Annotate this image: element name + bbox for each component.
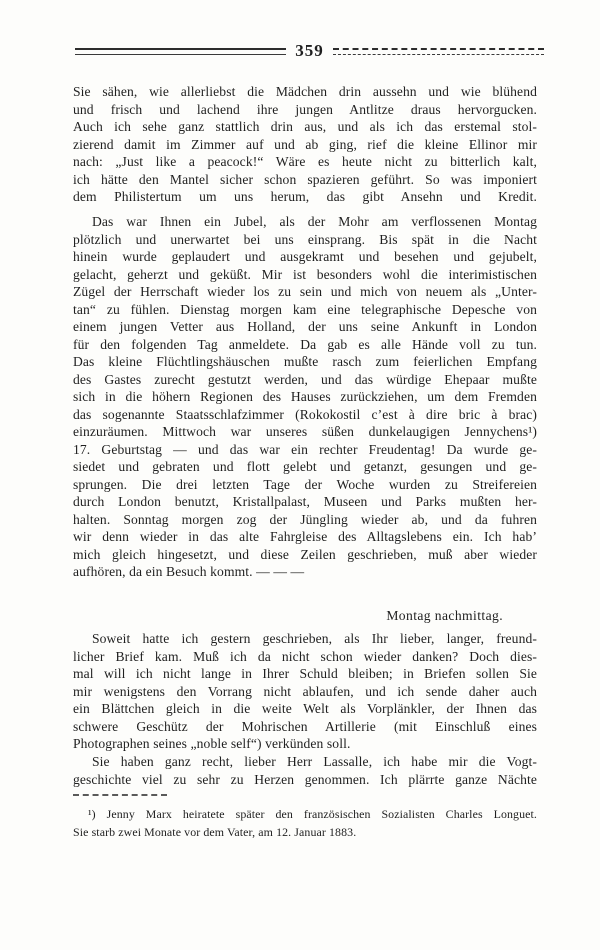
text-line: Sie haben ganz recht, lieber Herr Lassal… xyxy=(73,753,537,771)
text-line: einem jungen Vetter aus Holland, der uns… xyxy=(73,318,537,336)
text-line: Das war Ihnen ein Jubel, als der Mohr am… xyxy=(73,213,537,231)
page-number: 359 xyxy=(295,42,324,59)
text-line: nach: „Just like a peacock!“ Wäre es heu… xyxy=(73,153,537,171)
running-head: 359 xyxy=(75,43,544,60)
text-line: ein Blättchen gleich in die weite Welt a… xyxy=(73,700,537,718)
text-line: hinein wurde geplaudert und ausgekramt u… xyxy=(73,248,537,266)
text-line: schwere Geschütz der Mohrischen Artiller… xyxy=(73,718,537,736)
text-line: licher Brief kam. Muß ich da nicht schon… xyxy=(73,648,537,666)
text-line: sich in die höhern Regionen des Hauses z… xyxy=(73,388,537,406)
text-line: plötzlich und unerwartet bei uns einspra… xyxy=(73,231,537,249)
text-line: halten. Sonntag morgen zog der Jüngling … xyxy=(73,511,537,529)
paragraph-4: Sie haben ganz recht, lieber Herr Lassal… xyxy=(73,753,537,788)
text-line: 17. Geburtstag — und das war ein rechter… xyxy=(73,441,537,459)
text-line: wir denn wieder in das alte Fahrgleise d… xyxy=(73,528,537,546)
text-line: einzuräumen. Mittwoch war unseres süßen … xyxy=(73,423,537,441)
text-line: siedet und gebraten und flott gelebt und… xyxy=(73,458,537,476)
text-line: durch London benutzt, Kristallpalast, Mu… xyxy=(73,493,537,511)
book-page-scan: 359 Sie sähen, wie allerliebst die Mädch… xyxy=(0,0,600,950)
text-line: tan“ zu fühlen. Dienstag morgen kam eine… xyxy=(73,301,537,319)
footnote-line: Sie starb zwei Monate vor dem Vater, am … xyxy=(73,823,537,841)
footnote: ¹) Jenny Marx heiratete später den franz… xyxy=(73,805,537,841)
text-line: und frisch und lachend ihre jungen Antli… xyxy=(73,101,537,119)
text-line: Zügel der Herrschaft wieder los zu sein … xyxy=(73,283,537,301)
text-line: für den folgenden Tag anmeldete. Da gab … xyxy=(73,336,537,354)
text-line: mal will ich nicht lange in Ihrer Schuld… xyxy=(73,665,537,683)
text-line: mich gleich hingesetzt, und diese Zeilen… xyxy=(73,546,537,564)
text-line: Photographen seines „noble self“) verkün… xyxy=(73,735,537,753)
text-line: zierend damit im Zimmer auf und ab ging,… xyxy=(73,136,537,154)
text-line: sprungen. Die drei letzten Tage der Woch… xyxy=(73,476,537,494)
dateline: Montag nachmittag. xyxy=(73,607,503,625)
paragraph-3: Soweit hatte ich gestern geschrieben, al… xyxy=(73,630,537,753)
text-line: des Gastes zurecht gestutzt werden, und … xyxy=(73,371,537,389)
text-line: ich hätte den Mantel sicher schon spazie… xyxy=(73,171,537,189)
text-line: mir wenigstens den Vorrang nicht ablaufe… xyxy=(73,683,537,701)
text-line: geschichte viel zu sehr zu Herzen genomm… xyxy=(73,771,537,789)
paragraph-2: Das war Ihnen ein Jubel, als der Mohr am… xyxy=(73,213,537,581)
text-line: Das kleine Flüchtlingshäuschen mußte ras… xyxy=(73,353,537,371)
text-line: Auch ich sehe ganz stattlich drin aus, u… xyxy=(73,118,537,136)
text-line: das sogenannte Staatsschlafzimmer (Rokok… xyxy=(73,406,537,424)
header-rule-left xyxy=(75,48,286,55)
text-line: dem Philistertum um uns herum, das gibt … xyxy=(73,188,537,206)
text-line: Sie sähen, wie allerliebst die Mädchen d… xyxy=(73,83,537,101)
paragraph-1: Sie sähen, wie allerliebst die Mädchen d… xyxy=(73,83,537,206)
header-rule-right xyxy=(333,48,544,55)
footnote-line: ¹) Jenny Marx heiratete später den franz… xyxy=(73,805,537,823)
footnote-separator xyxy=(73,794,167,796)
text-line: Soweit hatte ich gestern geschrieben, al… xyxy=(73,630,537,648)
text-line: aufhören, da ein Besuch kommt. — — — xyxy=(73,563,537,581)
text-line: gelacht, geherzt und geküßt. Mir ist bes… xyxy=(73,266,537,284)
